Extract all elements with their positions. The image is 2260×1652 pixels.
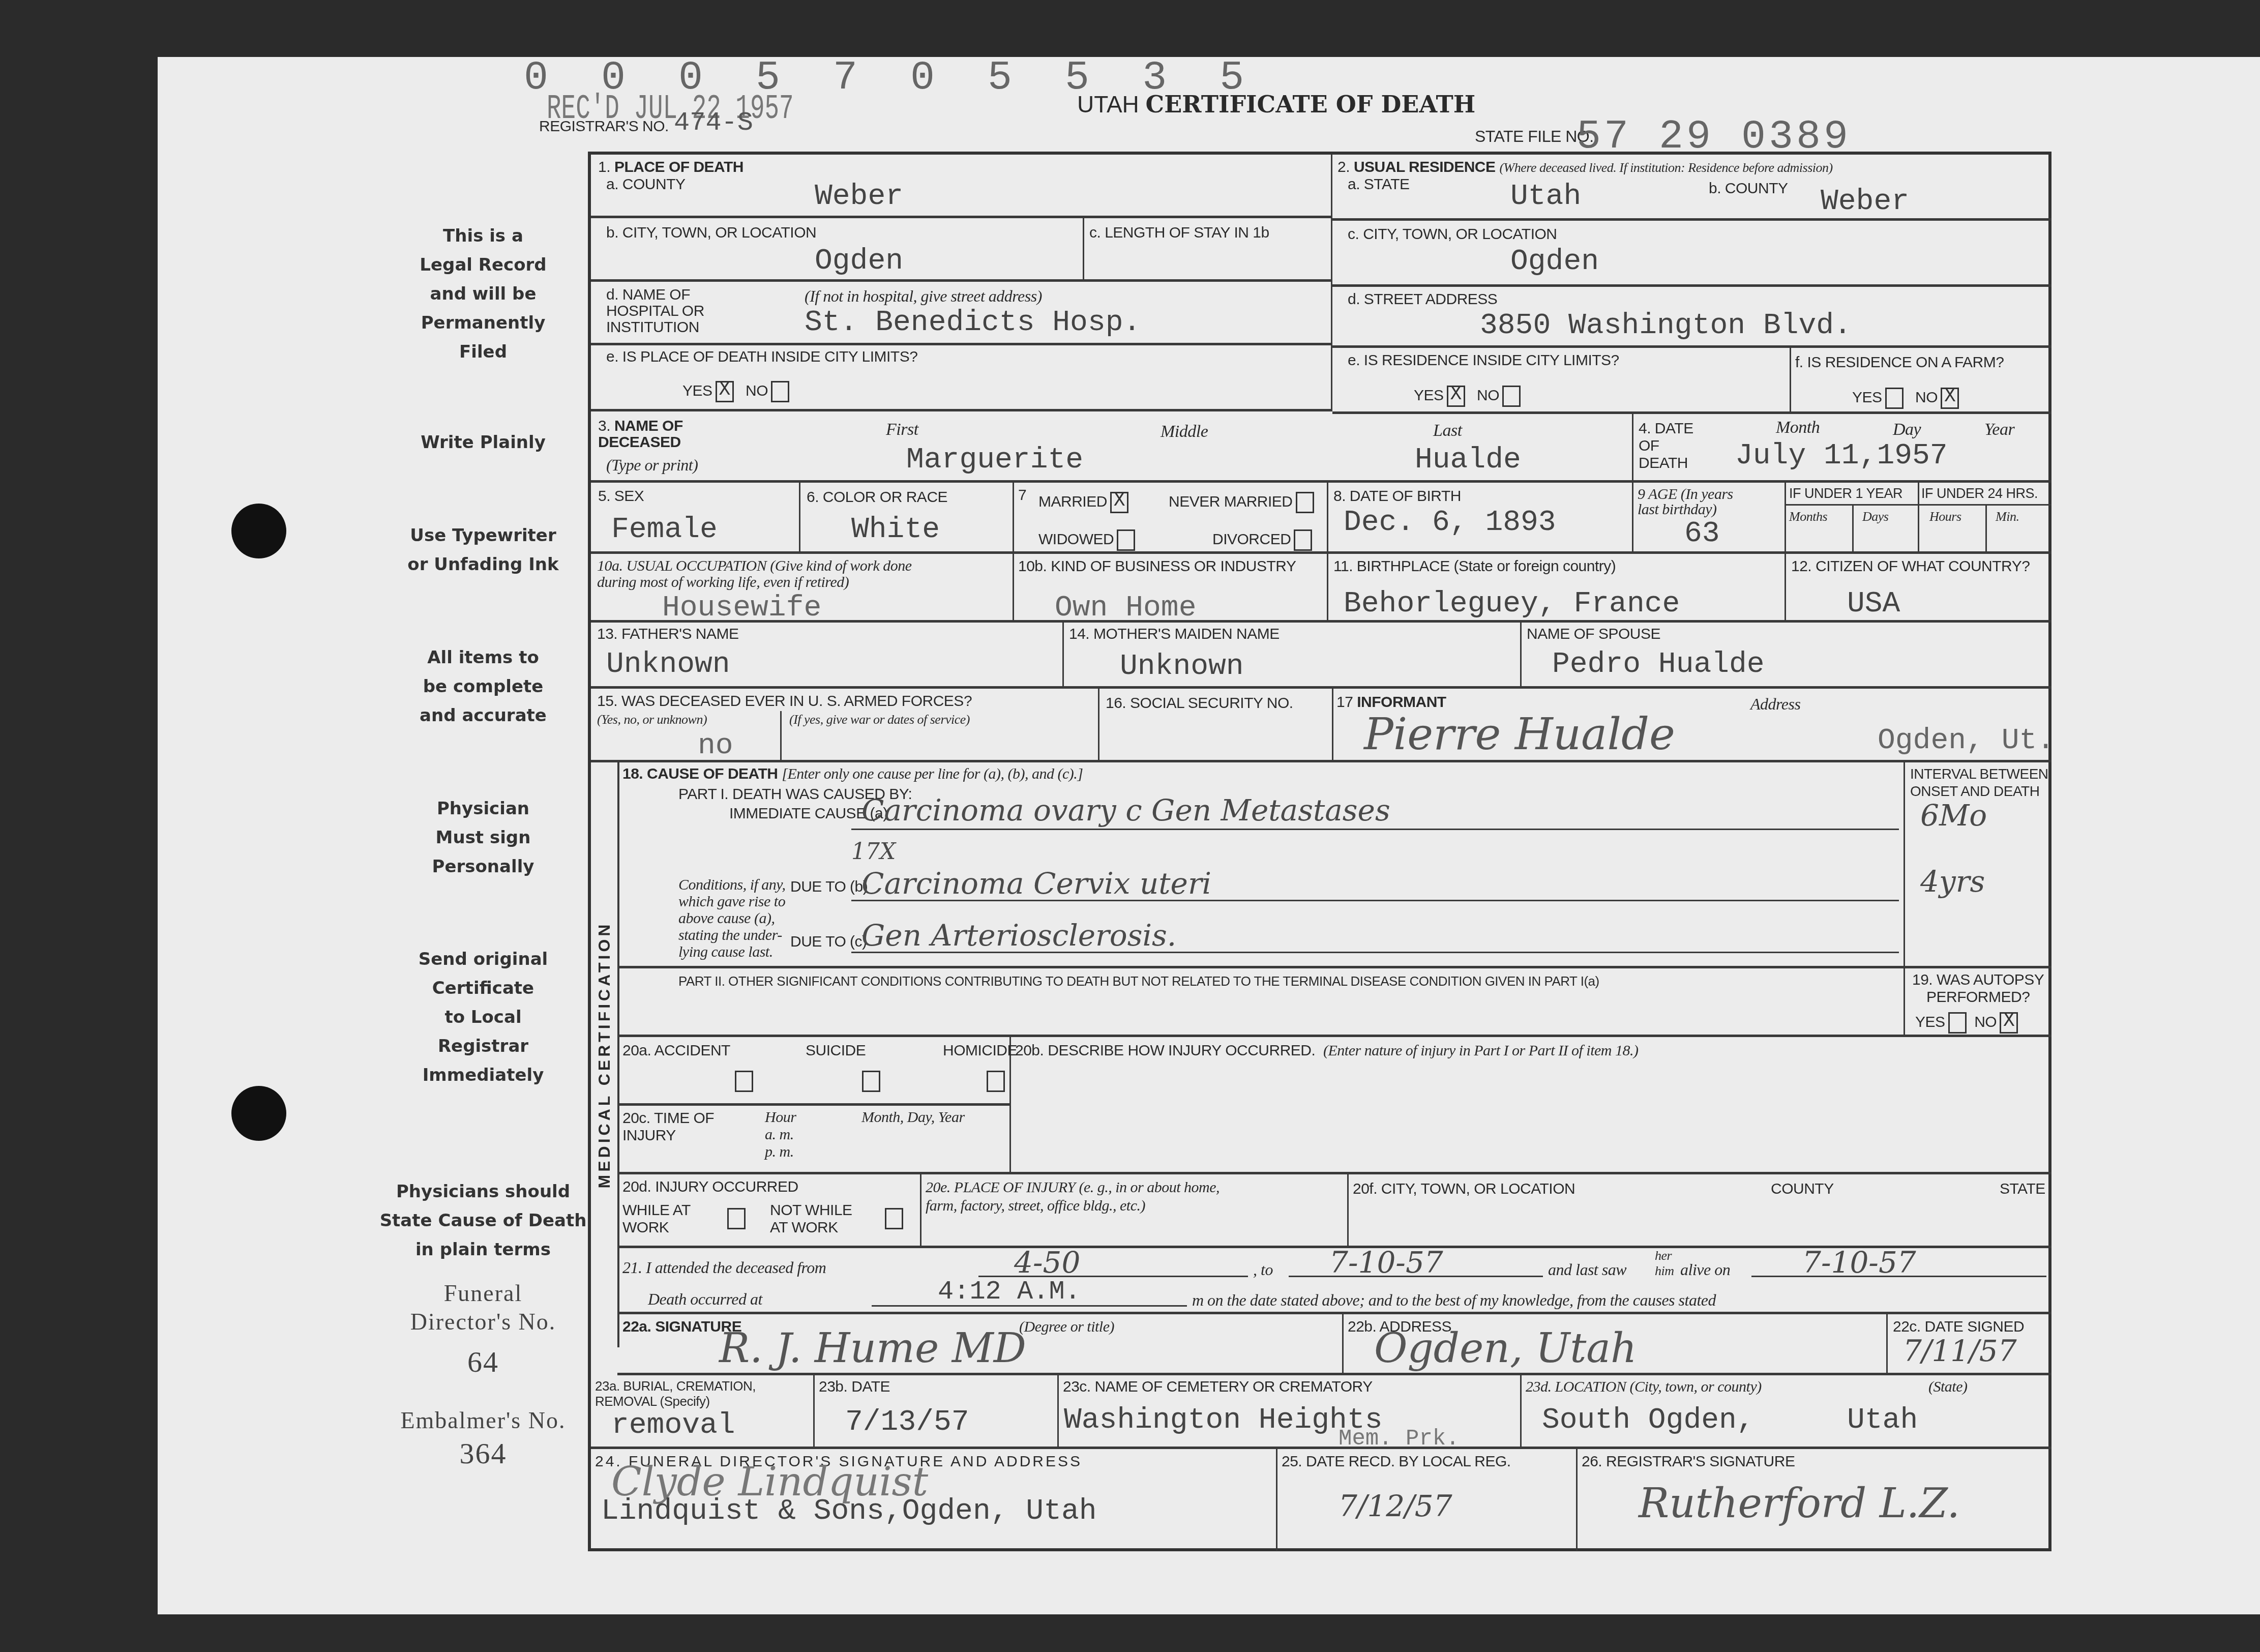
last-name-value: Hualde [1415,444,1521,477]
county-label: b. COUNTY [1709,180,1788,197]
field-physician-signature[interactable]: 22a. SIGNATURE (Degree or title) R. J. H… [617,1314,1344,1375]
married-label: MARRIED [1038,493,1107,510]
her-him-label: her him [1655,1248,1674,1279]
part2-label: PART II. OTHER SIGNIFICANT CONDITIONS CO… [678,973,1599,989]
punch-hole [231,1086,286,1141]
field-farm[interactable]: f. IS RESIDENCE ON A FARM? YES NOX [1791,348,2051,414]
describe-hint: (Enter nature of injury in Part I or Par… [1323,1042,1638,1059]
first-name-value: Marguerite [906,444,1083,477]
page-title: UTAH CERTIFICATE OF DEATH [1077,91,1475,118]
inside-limits-label: e. IS RESIDENCE INSIDE CITY LIMITS? [1348,352,1619,369]
autopsy-yes-checkbox[interactable] [1948,1012,1967,1034]
hour-label: Hour a. m. p. m. [765,1109,796,1161]
item-number: 3. [598,418,610,434]
date-received-value: 7/12/57 [1339,1489,1452,1523]
occupation-value: Housewife [662,592,821,625]
while-at-work-checkbox[interactable] [727,1208,746,1229]
father-value: Unknown [606,648,730,681]
year-label: Year [1984,420,2014,439]
birthplace-label: 11. BIRTHPLACE (State or foreign country… [1333,558,1616,575]
funeral-director-label: Funeral Director's No. [351,1279,615,1336]
field-date-of-death[interactable]: 4. DATE OF DEATH Month Day Year July 11,… [1633,414,2051,483]
place-of-death-heading: PLACE OF DEATH [614,159,744,175]
armed-hint-service: (If yes, give war or dates of service) [789,712,970,727]
death-statement: m on the date stated above; and to the b… [1192,1291,1716,1310]
death-inside-no-checkbox[interactable] [771,381,789,402]
death-inside-yes-checkbox[interactable]: X [716,381,734,402]
no-label: NO [1477,387,1499,404]
place-of-injury-label: 20e. PLACE OF INJURY (e. g., in or about… [926,1178,1220,1215]
location-state-value: Utah [1847,1404,1918,1437]
sex-label: 5. SEX [598,488,644,505]
street-value: 3850 Washington Blvd. [1480,309,1852,342]
under-24h-label: IF UNDER 24 HRS. [1921,486,2038,501]
embalmer-label: Embalmer's No. [351,1406,615,1435]
informant-signature: Pierre Hualde [1364,709,1675,760]
embalmer-no: 364 [351,1439,615,1468]
field-mother-name[interactable]: 14. MOTHER'S MAIDEN NAME Unknown [1064,623,1522,689]
mother-label: 14. MOTHER'S MAIDEN NAME [1069,626,1280,643]
last-label: Last [1433,421,1462,440]
first-label: First [886,420,918,439]
field-disposition[interactable]: 23a. BURIAL, CREMATION, REMOVAL (Specify… [591,1375,815,1449]
alive-on-value: 7-10-57 [1802,1245,1916,1280]
field-place-of-injury[interactable]: 20e. PLACE OF INJURY (e. g., in or about… [921,1174,1349,1248]
while-at-work-label: WHILE AT WORK [622,1202,691,1236]
citizen-value: USA [1847,587,1900,621]
informant-address-value: Ogden, Ut. [1878,724,2055,757]
note-typewriter: Use Typewriter or Unfading Ink [351,521,615,579]
business-label: 10b. KIND OF BUSINESS OR INDUSTRY [1018,558,1296,575]
spouse-label: NAME OF SPOUSE [1527,626,1660,643]
field-age[interactable]: 9 AGE (In years last birthday) 63 [1633,483,1786,554]
registrar-no-label: REGISTRAR'S NO. [539,118,669,135]
registrar-no: 474-S [674,108,753,138]
note-write-plainly: Write Plainly [351,428,615,457]
dob-value: Dec. 6, 1893 [1344,506,1556,539]
field-cemetery[interactable]: 23c. NAME OF CEMETERY OR CREMATORY Washi… [1059,1375,1522,1449]
note-legal-record: This is a Legal Record and will be Perma… [351,222,615,367]
married-checkbox[interactable]: X [1110,492,1128,513]
field-injury-description[interactable]: 20b. DESCRIBE HOW INJURY OCCURRED. (Ente… [1011,1037,2051,1174]
field-name-of-deceased[interactable]: 3. NAME OF DECEASED (Type or print) Firs… [591,414,1633,483]
physician-signature: R. J. Hume MD [719,1324,1026,1372]
hospital-hint: (If not in hospital, give street address… [805,287,1042,306]
field-birthplace[interactable]: 11. BIRTHPLACE (State or foreign country… [1328,554,1786,623]
field-registrar-signature[interactable]: 26. REGISTRAR'S SIGNATURE Rutherford L.Z… [1578,1449,2051,1551]
injury-city-label: 20f. CITY, TOWN, OR LOCATION [1353,1181,1575,1198]
widowed-checkbox[interactable] [1117,529,1135,551]
age-value: 63 [1684,517,1720,550]
location-city-value: South Ogden, [1542,1404,1755,1437]
location-label: 23d. LOCATION (City, town, or county) [1526,1378,1762,1396]
state-file-label: STATE FILE NO. [1475,127,1594,146]
suicide-label: SUICIDE [806,1042,866,1059]
stay-label: c. LENGTH OF STAY IN 1b [1089,224,1269,242]
field-death-inside-city[interactable]: e. IS PLACE OF DEATH INSIDE CITY LIMITS?… [591,345,1332,411]
residence-heading: USUAL RESIDENCE [1354,159,1496,175]
yes-label: YES [1414,387,1444,404]
city-label: b. CITY, TOWN, OR LOCATION [606,224,816,242]
autopsy-no-checkbox[interactable]: X [2000,1012,2018,1034]
funeral-address-value: Lindquist & Sons,Ogden, Utah [601,1495,1097,1528]
accident-label: 20a. ACCIDENT [622,1042,730,1059]
death-occurred-label: Death occurred at [648,1290,762,1309]
attended-to-label: , to [1253,1260,1273,1279]
field-autopsy[interactable]: 19. WAS AUTOPSY PERFORMED? YES NOX [1905,968,2051,1037]
registrar-signature: Rutherford L.Z. [1639,1480,1960,1527]
no-label: NO [746,382,768,399]
injury-county-label: COUNTY [1771,1181,1834,1198]
field-marital-status[interactable]: 7 MARRIEDX NEVER MARRIED WIDOWED DIVORCE… [1014,483,1328,554]
due-to-c-label: DUE TO (c) [790,933,867,951]
field-business[interactable]: 10b. KIND OF BUSINESS OR INDUSTRY Own Ho… [1014,554,1328,623]
attended-to-value: 7-10-57 [1329,1245,1443,1280]
hospital-value: St. Benedicts Hosp. [805,306,1141,339]
field-physician-address[interactable]: 22b. ADDRESS Ogden, Utah [1344,1314,1888,1375]
divorced-label: DIVORCED [1212,531,1291,548]
field-spouse-name[interactable]: NAME OF SPOUSE Pedro Hualde [1522,623,2051,689]
hospital-label: d. NAME OF HOSPITAL OR INSTITUTION [606,287,704,336]
field-death-county[interactable]: 1. PLACE OF DEATH a. COUNTY Weber [591,155,1332,218]
widowed-label: WIDOWED [1038,531,1114,548]
dod-label: 4. DATE OF DEATH [1639,420,1693,472]
armed-hint-yes-no: (Yes, no, or unknown) [597,712,707,727]
armed-label: 15. WAS DECEASED EVER IN U. S. ARMED FOR… [597,693,972,710]
not-while-at-work-checkbox[interactable] [885,1208,903,1229]
farm-no-checkbox[interactable]: X [1941,388,1959,409]
field-injury-type[interactable]: 20a. ACCIDENT SUICIDE HOMICIDE [617,1037,1011,1106]
note-send-original: Send original Certificate to Local Regis… [351,945,615,1090]
county-label: a. COUNTY [606,176,686,193]
homicide-checkbox[interactable] [987,1071,1005,1092]
attended-from-value: 4-50 [1014,1245,1080,1280]
inside-limits-label: e. IS PLACE OF DEATH INSIDE CITY LIMITS? [606,348,917,366]
street-label: d. STREET ADDRESS [1348,291,1497,308]
ssn-label: 16. SOCIAL SECURITY NO. [1106,695,1293,712]
yes-label: YES [1915,1014,1945,1030]
field-length-of-stay[interactable]: c. LENGTH OF STAY IN 1b [1084,218,1332,282]
autopsy-label: 19. WAS AUTOPSY PERFORMED? [1912,971,2044,1006]
cause-b-value: Carcinoma Cervix uteri [861,866,1211,901]
farm-label: f. IS RESIDENCE ON A FARM? [1795,354,2004,371]
location-state-label: (State) [1928,1378,1967,1396]
field-residence-inside-city[interactable]: e. IS RESIDENCE INSIDE CITY LIMITS? YESX… [1332,348,1791,414]
margin-mark: 17X [851,839,896,865]
last-saw-label: and last saw [1548,1260,1626,1279]
registrar-signature-label: 26. REGISTRAR'S SIGNATURE [1582,1453,1795,1470]
birthplace-value: Behorleguey, France [1344,587,1680,621]
field-race[interactable]: 6. COLOR OR RACE White [800,483,1014,554]
residence-hint: (Where deceased lived. If institution: R… [1499,160,1832,175]
yes-label: YES [1852,389,1882,406]
field-hospital[interactable]: d. NAME OF HOSPITAL OR INSTITUTION (If n… [591,282,1332,345]
father-label: 13. FATHER'S NAME [597,626,738,643]
death-county-value: Weber [815,180,903,213]
field-street-address[interactable]: d. STREET ADDRESS 3850 Washington Blvd. [1332,287,2051,348]
field-injury-location[interactable]: 20f. CITY, TOWN, OR LOCATION COUNTY STAT… [1349,1174,2051,1248]
occupation-label: 10a. USUAL OCCUPATION (Give kind of work… [597,558,912,591]
cause-a-value: Carcinoma ovary c Gen Metastases [861,793,1390,828]
not-while-at-work-label: NOT WHILE AT WORK [770,1202,852,1236]
under-1yr-label: IF UNDER 1 YEAR [1789,486,1902,501]
death-certificate-form: 1. PLACE OF DEATH a. COUNTY Weber b. CIT… [588,152,2051,1551]
armed-value: no [698,729,733,762]
punch-hole [231,504,286,558]
field-occupation[interactable]: 10a. USUAL OCCUPATION (Give kind of work… [591,554,1014,623]
field-citizen[interactable]: 12. CITIZEN OF WHAT COUNTRY? USA [1786,554,2051,623]
item-number: 1. [598,159,610,175]
burial-label: 23a. BURIAL, CREMATION, REMOVAL (Specify… [595,1378,756,1409]
medical-certification-label: MEDICAL CERTIFICATION [595,922,614,1189]
date-received-label: 25. DATE RECD. BY LOCAL REG. [1282,1453,1511,1470]
death-time-value: 4:12 A.M. [938,1277,1081,1307]
never-married-checkbox[interactable] [1296,492,1314,513]
attended-label: 21. I attended the deceased from [622,1258,826,1277]
field-part2-conditions[interactable]: PART II. OTHER SIGNIFICANT CONDITIONS CO… [617,968,1905,1037]
business-value: Own Home [1055,592,1196,625]
date-signed-value: 7/11/57 [1903,1334,2017,1368]
informant-label: INFORMANT [1357,694,1446,711]
farm-yes-checkbox[interactable] [1885,388,1904,409]
no-label: NO [1915,389,1938,406]
interval-b-value: 4yrs [1920,864,1985,899]
item-number: 17 [1336,694,1353,711]
dob-label: 8. DATE OF BIRTH [1333,488,1461,505]
yes-label: YES [682,382,712,399]
cause-heading: 18. CAUSE OF DEATH [622,765,778,782]
age-label: 9 AGE (In years last birthday) [1638,487,1733,517]
race-value: White [851,513,940,546]
months-label: Months [1789,509,1827,524]
due-to-b-label: DUE TO (b) [790,878,868,896]
residence-state-value: Utah [1510,180,1581,213]
field-injury-at-work[interactable]: 20d. INJURY OCCURRED WHILE AT WORK NOT W… [617,1174,921,1248]
residence-inside-no-checkbox[interactable] [1502,386,1521,407]
field-under-24-hrs[interactable]: IF UNDER 24 HRS. Hours Min. [1919,483,2051,554]
suicide-checkbox[interactable] [862,1071,880,1092]
funeral-director-no: 64 [351,1348,615,1376]
month-label: Month [1776,418,1820,437]
residence-county-value: Weber [1821,185,1909,218]
field-father-name[interactable]: 13. FATHER'S NAME Unknown [591,623,1064,689]
name-hint: (Type or print) [606,456,698,475]
informant-address-label: Address [1750,695,1800,714]
residence-city-value: Ogden [1510,245,1599,278]
date-of-death-value: July 11,1957 [1735,439,1948,473]
day-label: Day [1893,420,1921,439]
interval-a-value: 6Mo [1920,798,1987,833]
field-date-signed[interactable]: 22c. DATE SIGNED 7/11/57 [1888,1314,2051,1375]
field-disposition-date[interactable]: 23b. DATE 7/13/57 [815,1375,1059,1449]
field-cemetery-location[interactable]: 23d. LOCATION (City, town, or county) (S… [1522,1375,2051,1449]
residence-inside-yes-checkbox[interactable]: X [1447,386,1465,407]
medical-certification-band: MEDICAL CERTIFICATION [591,762,619,1347]
disposition-date-value: 7/13/57 [845,1406,969,1439]
title-prefix: UTAH [1077,91,1139,117]
hours-label: Hours [1929,509,1961,524]
conditions-hint: Conditions, if any, which gave rise to a… [678,876,786,960]
no-label: NO [1974,1014,1997,1030]
citizen-label: 12. CITIZEN OF WHAT COUNTRY? [1791,558,2030,575]
cemetery-value: Washington Heights [1064,1404,1383,1437]
spouse-value: Pedro Hualde [1552,648,1765,681]
alive-on-label: alive on [1680,1260,1730,1279]
accident-checkbox[interactable] [735,1071,753,1092]
injury-occurred-label: 20d. INJURY OCCURRED [622,1178,798,1196]
state-label: a. STATE [1348,176,1410,193]
item-number: 2. [1337,159,1350,175]
disposition-date-label: 23b. DATE [819,1378,890,1396]
never-married-label: NEVER MARRIED [1169,493,1293,510]
cemetery-label: 23c. NAME OF CEMETERY OR CREMATORY [1063,1378,1373,1396]
interval-label: INTERVAL BETWEEN ONSET AND DEATH [1910,765,2048,800]
days-label: Days [1862,509,1888,524]
time-of-injury-label: 20c. TIME OF INJURY [622,1110,714,1144]
field-date-of-birth[interactable]: 8. DATE OF BIRTH Dec. 6, 1893 [1328,483,1633,554]
note-physician-sign: Physician Must sign Personally [351,794,615,881]
homicide-label: HOMICIDE [943,1042,1017,1059]
field-interval[interactable]: INTERVAL BETWEEN ONSET AND DEATH 6Mo 4yr… [1905,762,2051,968]
death-city-value: Ogden [815,245,903,278]
describe-label: 20b. DESCRIBE HOW INJURY OCCURRED. [1015,1042,1315,1059]
name-label: NAME OF DECEASED [598,418,683,451]
degree-label: (Degree or title) [1019,1318,1114,1336]
sex-value: Female [611,513,718,546]
field-armed-forces[interactable]: 15. WAS DECEASED EVER IN U. S. ARMED FOR… [591,689,1099,762]
field-sex[interactable]: 5. SEX Female [591,483,800,554]
field-under-1-year[interactable]: IF UNDER 1 YEAR Months Days [1786,483,1919,554]
title-main: CERTIFICATE OF DEATH [1146,91,1476,118]
item-number: 7 [1018,487,1026,504]
field-cause-of-death[interactable]: 18. CAUSE OF DEATH [Enter only one cause… [617,762,1905,968]
field-attendance[interactable]: 21. I attended the deceased from 4-50 , … [617,1248,2051,1314]
cause-hint: [Enter only one cause per line for (a), … [782,765,1083,782]
field-funeral-director[interactable]: 24. FUNERAL DIRECTOR'S SIGNATURE AND ADD… [591,1449,1277,1551]
field-residence-city[interactable]: c. CITY, TOWN, OR LOCATION Ogden [1332,221,2051,287]
field-death-city[interactable]: b. CITY, TOWN, OR LOCATION Ogden [591,218,1084,282]
mdy-label: Month, Day, Year [861,1109,965,1126]
divorced-checkbox[interactable] [1294,529,1312,551]
city-label: c. CITY, TOWN, OR LOCATION [1348,226,1557,243]
mother-value: Unknown [1120,650,1244,683]
date-signed-label: 22c. DATE SIGNED [1893,1318,2024,1336]
field-social-security[interactable]: 16. SOCIAL SECURITY NO. [1099,689,1333,762]
field-residence-state-county[interactable]: 2. USUAL RESIDENCE (Where deceased lived… [1332,155,2051,221]
physician-address: Ogden, Utah [1374,1324,1637,1372]
middle-label: Middle [1161,422,1208,441]
injury-state-label: STATE [2000,1181,2045,1198]
field-informant[interactable]: 17 INFORMANT Address Pierre Hualde Ogden… [1333,689,2051,762]
field-time-of-injury[interactable]: 20c. TIME OF INJURY Hour a. m. p. m. Mon… [617,1106,1011,1174]
min-label: Min. [1996,509,2019,524]
note-complete: All items to be complete and accurate [351,643,615,730]
burial-value: removal [611,1409,735,1442]
field-date-received[interactable]: 25. DATE RECD. BY LOCAL REG. 7/12/57 [1277,1449,1578,1551]
cemetery-note: Mem. Prk. [1339,1426,1460,1452]
note-cause-plain: Physicians should State Cause of Death i… [351,1177,615,1264]
cause-c-value: Gen Arteriosclerosis. [861,918,1176,953]
race-label: 6. COLOR OR RACE [807,489,947,506]
